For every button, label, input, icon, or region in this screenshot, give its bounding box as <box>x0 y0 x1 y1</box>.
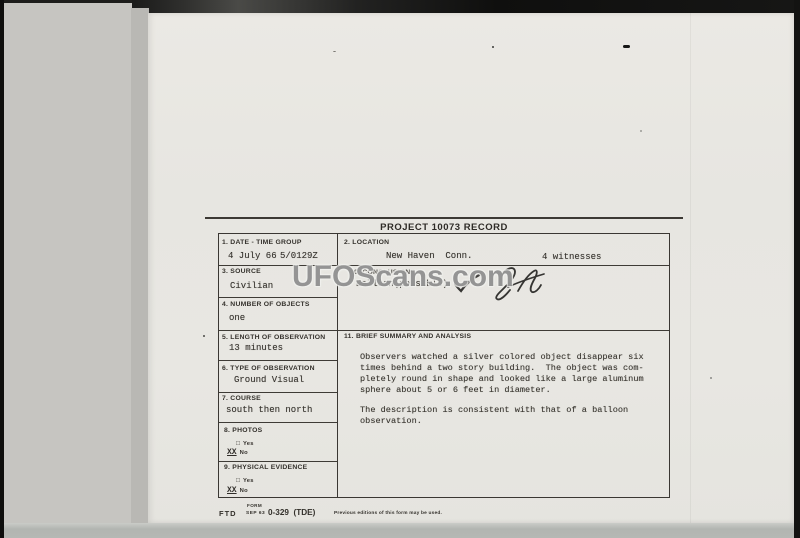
table-row-line <box>219 422 337 423</box>
summary-line: Observers watched a silver colored objec… <box>360 352 644 363</box>
photos-yes-option: □ Yes <box>236 440 254 447</box>
field-value-source: Civilian <box>230 281 273 291</box>
field-label-date-time-group: 1. DATE - TIME GROUP <box>222 239 302 246</box>
dust-speck <box>333 51 336 52</box>
scan-bottom-band <box>4 523 794 538</box>
footer-form-word: FORM <box>247 503 262 508</box>
physical-evidence-yes-label: Yes <box>243 478 254 484</box>
footer-form-number: 0-329 (TDE) <box>268 508 315 517</box>
field-value-length-of-observation: 13 minutes <box>229 343 283 353</box>
paper-crease <box>690 13 691 523</box>
footer-agency: FTD <box>219 509 237 518</box>
summary-line: pletely round in shape and looked like a… <box>360 374 644 385</box>
field-label-course: 7. COURSE <box>222 395 261 402</box>
summary-paragraph-1: Observers watched a silver colored objec… <box>360 352 644 396</box>
checkbox-icon: □ <box>236 477 240 484</box>
field-value-course: south then north <box>226 405 312 415</box>
field-label-photos: 8. PHOTOS <box>224 427 262 434</box>
watermark: UFOScans.com <box>292 260 512 294</box>
field-value-type-of-observation: Ground Visual <box>234 375 304 385</box>
field-value-number-of-objects: one <box>229 313 245 323</box>
photos-no-option: XX No <box>227 448 248 457</box>
summary-line: The description is consistent with that … <box>360 405 628 416</box>
field-label-type-of-observation: 6. TYPE OF OBSERVATION <box>222 365 315 372</box>
summary-line: times behind a two story building. The o… <box>360 363 644 374</box>
field-label-brief-summary: 11. BRIEF SUMMARY AND ANALYSIS <box>344 333 471 340</box>
under-sheet-edge <box>131 8 149 523</box>
scanned-document: PROJECT 10073 RECORD 1. DATE - TIME GROU… <box>0 0 800 538</box>
xx-mark: XX <box>227 486 237 495</box>
checkbox-icon: □ <box>236 440 240 447</box>
physical-evidence-no-label: No <box>240 488 248 494</box>
table-row-line <box>219 461 337 462</box>
xx-mark: XX <box>227 448 237 457</box>
form-title: PROJECT 10073 RECORD <box>218 222 670 233</box>
table-row-line <box>219 330 669 331</box>
physical-evidence-yes-option: □ Yes <box>236 477 254 484</box>
dust-speck <box>710 377 712 379</box>
summary-paragraph-2: The description is consistent with that … <box>360 405 628 427</box>
photos-no-label: No <box>240 450 248 456</box>
photos-yes-label: Yes <box>243 441 254 447</box>
dust-speck <box>203 335 205 337</box>
summary-line: sphere about 5 or 6 feet in diameter. <box>360 385 644 396</box>
footer-note: Previous editions of this form may be us… <box>334 511 442 516</box>
field-label-physical-evidence: 9. PHYSICAL EVIDENCE <box>224 464 307 471</box>
dust-speck <box>640 130 642 132</box>
table-row-line <box>219 392 337 393</box>
field-label-number-of-objects: 4. NUMBER OF OBJECTS <box>222 301 310 308</box>
dust-speck <box>492 46 494 48</box>
field-label-length-of-observation: 5. LENGTH OF OBSERVATION <box>222 334 325 341</box>
dust-speck <box>623 45 630 48</box>
table-row-line <box>219 360 337 361</box>
field-label-location: 2. LOCATION <box>344 239 389 246</box>
field-value-date: 4 July 66 <box>228 251 277 261</box>
physical-evidence-no-option: XX No <box>227 486 248 495</box>
scan-black-band <box>132 0 794 13</box>
header-rule <box>205 217 683 219</box>
table-row-line <box>219 297 337 298</box>
field-value-witnesses: 4 witnesses <box>542 252 601 262</box>
summary-line: observation. <box>360 416 628 427</box>
footer-form-date: SEP 63 <box>246 511 265 516</box>
scan-right-edge <box>794 0 800 538</box>
field-label-source: 3. SOURCE <box>222 268 261 275</box>
scan-left-edge <box>0 0 4 538</box>
